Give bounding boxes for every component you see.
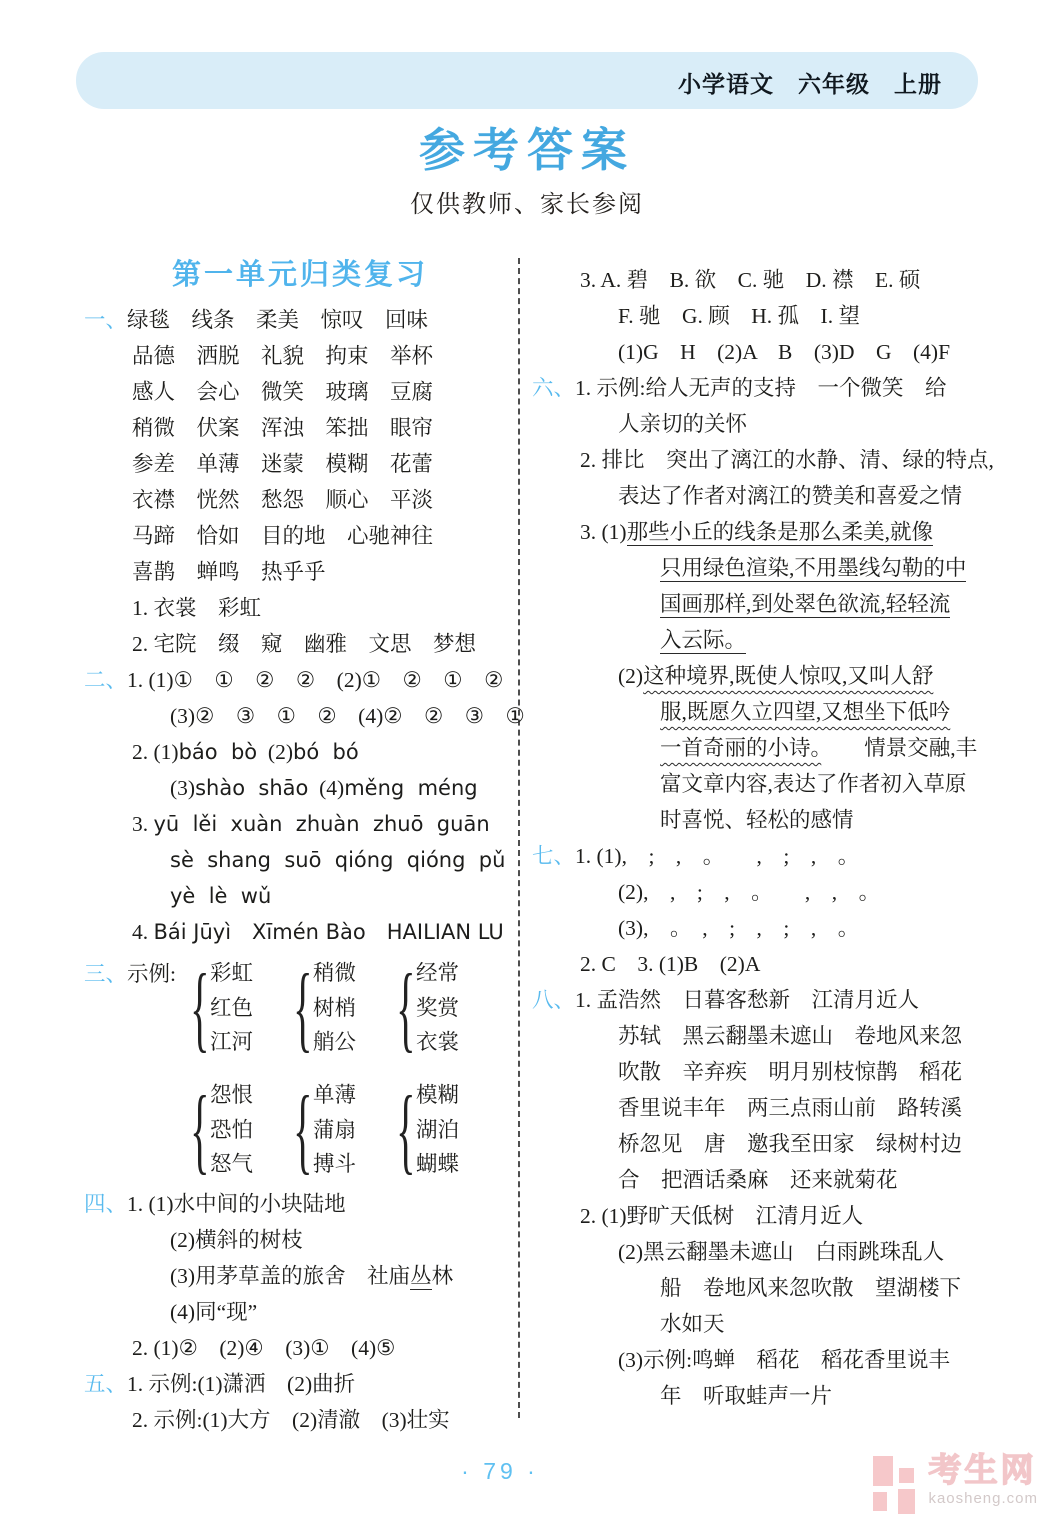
answer-line: 船 卷地风来忽吹散 望湖楼下 (532, 1270, 1010, 1306)
question-number-label: 六、 (532, 376, 575, 400)
answer-text: 绿毯 线条 柔美 惊叹 回味 (127, 308, 428, 332)
word: 怒气 (210, 1147, 253, 1182)
word-group: {经常奖赏衣裳 (388, 956, 459, 1060)
answer-line: 富文章内容,表达了作者初入草原 (532, 766, 1010, 802)
answer-text: 人亲切的关怀 (618, 412, 747, 436)
answer-text: 品德 洒脱 礼貌 拘束 举杯 (132, 344, 433, 368)
question-number-label: 二、 (84, 668, 127, 692)
underlined-text: 那些小丘的线条是那么柔美,就像 (627, 520, 933, 546)
answer-text: (3) (170, 776, 195, 800)
word: 江河 (210, 1025, 253, 1060)
logo-right: 考生网 kaosheng.com (928, 1452, 1038, 1507)
underlined-text: 一首奇丽的小诗。 (660, 736, 821, 760)
word: 经常 (416, 956, 459, 991)
answer-text: 喜鹊 蝉鸣 热乎乎 (132, 560, 326, 584)
answer-line: 四、1. (1)水中间的小块陆地 (84, 1186, 516, 1222)
word-list: 经常奖赏衣裳 (416, 956, 459, 1060)
answer-text: 年 听取蛙声一片 (660, 1384, 832, 1408)
answer-line: (3)shào shāo (4)měng méng (84, 770, 516, 806)
answer-line: (1)G H (2)A B (3)D G (4)F (532, 334, 1010, 370)
answer-text: 2. (1) (132, 740, 179, 764)
answer-text: Bái Jūyì Xīmén Bào HAILIAN LU (154, 920, 504, 944)
answer-line: 感人 会心 微笑 玻璃 豆腐 (84, 374, 516, 410)
answer-line: (3)② ③ ① ② (4)② ② ③ ① (84, 698, 516, 734)
answer-line: 八、1. 孟浩然 日暮客愁新 江清月近人 (532, 982, 1010, 1018)
left-column-lines: 一、绿毯 线条 柔美 惊叹 回味品德 洒脱 礼貌 拘束 举杯感人 会心 微笑 玻… (84, 302, 516, 1438)
word: 彩虹 (210, 956, 253, 991)
answer-line: 2. C 3. (1)B (2)A (532, 946, 1010, 982)
answer-line: 表达了作者对漓江的赞美和喜爱之情 (532, 478, 1010, 514)
answer-line: (3)用茅草盖的旅舍 社庙丛林 (84, 1258, 516, 1294)
word: 蝴蝶 (416, 1147, 459, 1182)
answer-text: (2), , ; , 。 , , 。 (618, 880, 880, 904)
answer-text: yè lè wǔ (170, 884, 271, 908)
word-group-row: {彩虹红色江河{稍微树梢艄公{经常奖赏衣裳 (182, 956, 459, 1060)
word: 蒲扇 (313, 1113, 356, 1148)
answer-text: 桥忽见 唐 邀我至田家 绿树村边 (618, 1132, 962, 1156)
page-number: · 79 · (400, 1458, 600, 1485)
answer-line: 马蹄 恰如 目的地 心驰神往 (84, 518, 516, 554)
kaosheng-logo: 考生网 kaosheng.com (873, 1452, 1038, 1516)
answer-line: 年 听取蛙声一片 (532, 1378, 1010, 1414)
answer-text: sè shang suō qióng qióng pǔ (170, 848, 505, 872)
question-number-label: 八、 (532, 988, 575, 1012)
underlined-text: 丛 (410, 1264, 432, 1290)
section-heading: 第一单元归类复习 (84, 252, 516, 302)
answer-line: 参差 单薄 迷蒙 模糊 花蕾 (84, 446, 516, 482)
answer-text: 船 卷地风来忽吹散 望湖楼下 (660, 1276, 961, 1300)
answer-line: (2)这种境界,既使人惊叹,又叫人舒 (532, 658, 1010, 694)
answer-line: (3)示例:鸣蝉 稻花 稻花香里说丰 (532, 1342, 1010, 1378)
word-group: {彩虹红色江河 (182, 956, 253, 1060)
word-group: {模糊湖泊蝴蝶 (388, 1078, 459, 1182)
page-title: 参考答案 (0, 114, 1054, 180)
word-group-row: {怨恨恐怕怒气{单薄蒲扇搏斗{模糊湖泊蝴蝶 (182, 1078, 459, 1182)
answer-text: 苏轼 黑云翻墨未遮山 卷地风来忽 (618, 1024, 962, 1048)
answer-text: 合 把酒话桑麻 还来就菊花 (618, 1168, 898, 1192)
underlined-text: 入云际。 (660, 628, 746, 654)
word-group-line: 三、示例:{彩虹红色江河{稍微树梢艄公{经常奖赏衣裳{怨恨恐怕怒气{单薄蒲扇搏斗… (84, 956, 516, 1182)
answer-text: 3. (132, 812, 154, 836)
answer-text: měng méng (344, 776, 477, 800)
question-number-label: 四、 (84, 1192, 127, 1216)
answer-line: 服,既愿久立四望,又想坐下低吟 (532, 694, 1010, 730)
answer-line: 二、1. (1)① ① ② ② (2)① ② ① ② (84, 662, 516, 698)
answer-text: (4)同“现” (170, 1300, 257, 1324)
answer-text: (3)示例:鸣蝉 稻花 稻花香里说丰 (618, 1348, 950, 1372)
answer-line: 喜鹊 蝉鸣 热乎乎 (84, 554, 516, 590)
answer-text: (2) (257, 740, 293, 764)
answer-line: F. 驰 G. 顾 H. 孤 I. 望 (532, 298, 1010, 334)
answer-line: 人亲切的关怀 (532, 406, 1010, 442)
answer-text: 时喜悦、轻松的感情 (660, 808, 854, 832)
answer-text: F. 驰 G. 顾 H. 孤 I. 望 (618, 304, 860, 328)
answer-text: 吹散 辛弃疾 明月别枝惊鹊 稻花 (618, 1060, 962, 1084)
answer-text: 富文章内容,表达了作者初入草原 (660, 772, 966, 796)
answer-line: (2)横斜的树枝 (84, 1222, 516, 1258)
answer-line: sè shang suō qióng qióng pǔ (84, 842, 516, 878)
word: 湖泊 (416, 1113, 459, 1148)
page-subtitle: 仅供教师、家长参阅 (0, 184, 1054, 219)
word: 艄公 (313, 1025, 356, 1060)
answer-text: báo bò (179, 740, 258, 764)
answer-line: 合 把酒话桑麻 还来就菊花 (532, 1162, 1010, 1198)
answer-text: 1. 衣裳 彩虹 (132, 596, 261, 620)
answer-text: 林 (432, 1264, 454, 1288)
answers-left-column: 第一单元归类复习 一、绿毯 线条 柔美 惊叹 回味品德 洒脱 礼貌 拘束 举杯感… (84, 252, 516, 1438)
answer-text: 香里说丰年 两三点雨山前 路转溪 (618, 1096, 962, 1120)
answer-text: 稍微 伏案 浑浊 笨拙 眼帘 (132, 416, 433, 440)
word-list: 怨恨恐怕怒气 (210, 1078, 253, 1182)
answer-text: 1. 示例:给人无声的支持 一个微笑 给 (575, 376, 946, 400)
logo-text: 考生网 (928, 1452, 1038, 1488)
word: 稍微 (313, 956, 356, 991)
answer-line: 2. 示例:(1)大方 (2)清澈 (3)壮实 (84, 1402, 516, 1438)
answer-text: bó bó (293, 740, 359, 764)
answer-line: 2. (1)② (2)④ (3)① (4)⑤ (84, 1330, 516, 1366)
word-group: {稍微树梢艄公 (285, 956, 356, 1060)
brace-icon: { (293, 1078, 305, 1182)
brace-icon: { (293, 956, 305, 1060)
answer-line: 2. 宅院 缀 窥 幽雅 文思 梦想 (84, 626, 516, 662)
answer-line: 五、1. 示例:(1)潇洒 (2)曲折 (84, 1366, 516, 1402)
answer-text: 衣襟 恍然 愁怨 顺心 平淡 (132, 488, 433, 512)
answer-text: (2)黑云翻墨未遮山 白雨跳珠乱人 (618, 1240, 944, 1264)
brace-icon: { (396, 1078, 408, 1182)
word: 树梢 (313, 991, 356, 1026)
answer-line: 入云际。 (532, 622, 1010, 658)
answer-text: 感人 会心 微笑 玻璃 豆腐 (132, 380, 433, 404)
answer-text: yū lěi xuàn zhuàn zhuō guān (154, 812, 490, 836)
answer-line: yè lè wǔ (84, 878, 516, 914)
answer-line: 2. (1)báo bò (2)bó bó (84, 734, 516, 770)
answer-text: 示例: (127, 956, 176, 992)
answer-text: (3)② ③ ① ② (4)② ② ③ ① (170, 704, 525, 728)
answer-line: 香里说丰年 两三点雨山前 路转溪 (532, 1090, 1010, 1126)
underlined-text: 这种境界,既使人惊叹,又叫人舒 (643, 664, 933, 688)
header-banner: 小学语文 六年级 上册 (76, 52, 978, 109)
answer-line: 水如天 (532, 1306, 1010, 1342)
word: 单薄 (313, 1078, 356, 1113)
answer-text: 2. (1)② (2)④ (3)① (4)⑤ (132, 1336, 395, 1360)
answer-text: 表达了作者对漓江的赞美和喜爱之情 (618, 484, 962, 508)
answer-text: 2. C 3. (1)B (2)A (580, 952, 760, 976)
answer-text: 2. 示例:(1)大方 (2)清澈 (3)壮实 (132, 1408, 450, 1432)
answer-text: 1. 示例:(1)潇洒 (2)曲折 (127, 1372, 355, 1396)
answer-text: 4. (132, 920, 154, 944)
underlined-text: 只用绿色渲染,不用墨线勾勒的中 (660, 556, 966, 582)
answer-text: 2. 排比 突出了漓江的水静、清、绿的特点, (580, 448, 994, 472)
brace-icon: { (190, 1078, 202, 1182)
answer-line: 一首奇丽的小诗。 情景交融,丰 (532, 730, 1010, 766)
answer-text: 2. 宅院 缀 窥 幽雅 文思 梦想 (132, 632, 476, 656)
answer-text: 水如天 (660, 1312, 725, 1336)
answer-text: 3. (1) (580, 520, 627, 544)
question-number-label: 五、 (84, 1372, 127, 1396)
word: 恐怕 (210, 1113, 253, 1148)
answer-line: 桥忽见 唐 邀我至田家 绿树村边 (532, 1126, 1010, 1162)
answer-line: 只用绿色渲染,不用墨线勾勒的中 (532, 550, 1010, 586)
word-group: {单薄蒲扇搏斗 (285, 1078, 356, 1182)
word: 奖赏 (416, 991, 459, 1026)
logo-domain: kaosheng.com (928, 1490, 1038, 1507)
answer-line: 六、1. 示例:给人无声的支持 一个微笑 给 (532, 370, 1010, 406)
underlined-text: 服,既愿久立四望,又想坐下低吟 (660, 700, 950, 724)
word: 模糊 (416, 1078, 459, 1113)
word-list: 彩虹红色江河 (210, 956, 253, 1060)
answer-line: 4. Bái Jūyì Xīmén Bào HAILIAN LU (84, 914, 516, 950)
answer-text: 1. 孟浩然 日暮客愁新 江清月近人 (575, 988, 919, 1012)
answer-line: 衣襟 恍然 愁怨 顺心 平淡 (84, 482, 516, 518)
answer-text: shào shāo (195, 776, 308, 800)
answer-line: 时喜悦、轻松的感情 (532, 802, 1010, 838)
answer-text: 1. (1)水中间的小块陆地 (127, 1192, 346, 1216)
answer-text: (1)G H (2)A B (3)D G (4)F (618, 340, 950, 364)
answer-text: 参差 单薄 迷蒙 模糊 花蕾 (132, 452, 433, 476)
answer-line: 七、1. (1), ; , 。 , ; , 。 (532, 838, 1010, 874)
answer-line: 2. 排比 突出了漓江的水静、清、绿的特点, (532, 442, 1010, 478)
underlined-text: 国画那样,到处翠色欲流,轻轻流 (660, 592, 950, 618)
answer-line: 3. yū lěi xuàn zhuàn zhuō guān (84, 806, 516, 842)
answer-line: 3. (1)那些小丘的线条是那么柔美,就像 (532, 514, 1010, 550)
answer-line: 吹散 辛弃疾 明月别枝惊鹊 稻花 (532, 1054, 1010, 1090)
answer-line: 苏轼 黑云翻墨未遮山 卷地风来忽 (532, 1018, 1010, 1054)
answer-line: 3. A. 碧 B. 欲 C. 驰 D. 襟 E. 硕 (532, 262, 1010, 298)
answer-text: 3. A. 碧 B. 欲 C. 驰 D. 襟 E. 硕 (580, 268, 920, 292)
answer-text: (4) (308, 776, 344, 800)
word: 衣裳 (416, 1025, 459, 1060)
answer-line: 2. (1)野旷天低树 江清月近人 (532, 1198, 1010, 1234)
logo-mark-icon (873, 1452, 919, 1516)
answer-line: (2)黑云翻墨未遮山 白雨跳珠乱人 (532, 1234, 1010, 1270)
answer-text: 1. (1), ; , 。 , ; , 。 (575, 844, 859, 868)
answer-line: (4)同“现” (84, 1294, 516, 1330)
answer-line: (3), 。 , ; , ; , 。 (532, 910, 1010, 946)
answer-line: 国画那样,到处翠色欲流,轻轻流 (532, 586, 1010, 622)
word-list: 单薄蒲扇搏斗 (313, 1078, 356, 1182)
question-number-label: 七、 (532, 844, 575, 868)
answer-line: 一、绿毯 线条 柔美 惊叹 回味 (84, 302, 516, 338)
answer-text: 情景交融,丰 (821, 736, 977, 760)
answer-text: 马蹄 恰如 目的地 心驰神往 (132, 524, 433, 548)
answer-line: 品德 洒脱 礼貌 拘束 举杯 (84, 338, 516, 374)
word-list: 模糊湖泊蝴蝶 (416, 1078, 459, 1182)
answer-text: 2. (1)野旷天低树 江清月近人 (580, 1204, 863, 1228)
answer-text: (2) (618, 664, 643, 688)
answers-right-column: 3. A. 碧 B. 欲 C. 驰 D. 襟 E. 硕F. 驰 G. 顾 H. … (532, 252, 1010, 1414)
column-divider (518, 258, 520, 1418)
answer-text: (3), 。 , ; , ; , 。 (618, 916, 859, 940)
answer-line: 1. 衣裳 彩虹 (84, 590, 516, 626)
word-list: 稍微树梢艄公 (313, 956, 356, 1060)
answer-text: (3)用茅草盖的旅舍 社庙 (170, 1264, 410, 1288)
question-number-label: 一、 (84, 308, 127, 332)
word-group: {怨恨恐怕怒气 (182, 1078, 253, 1182)
word: 红色 (210, 991, 253, 1026)
brace-icon: { (396, 956, 408, 1060)
brace-icon: { (190, 956, 202, 1060)
word-groups: {彩虹红色江河{稍微树梢艄公{经常奖赏衣裳{怨恨恐怕怒气{单薄蒲扇搏斗{模糊湖泊… (182, 956, 459, 1182)
book-info: 小学语文 六年级 上册 (678, 66, 942, 99)
question-number-label: 三、 (84, 956, 127, 992)
word: 怨恨 (210, 1078, 253, 1113)
answer-line: (2), , ; , 。 , , 。 (532, 874, 1010, 910)
answer-text: 1. (1)① ① ② ② (2)① ② ① ② (127, 668, 503, 692)
word: 搏斗 (313, 1147, 356, 1182)
answer-line: 稍微 伏案 浑浊 笨拙 眼帘 (84, 410, 516, 446)
answer-text: (2)横斜的树枝 (170, 1228, 303, 1252)
